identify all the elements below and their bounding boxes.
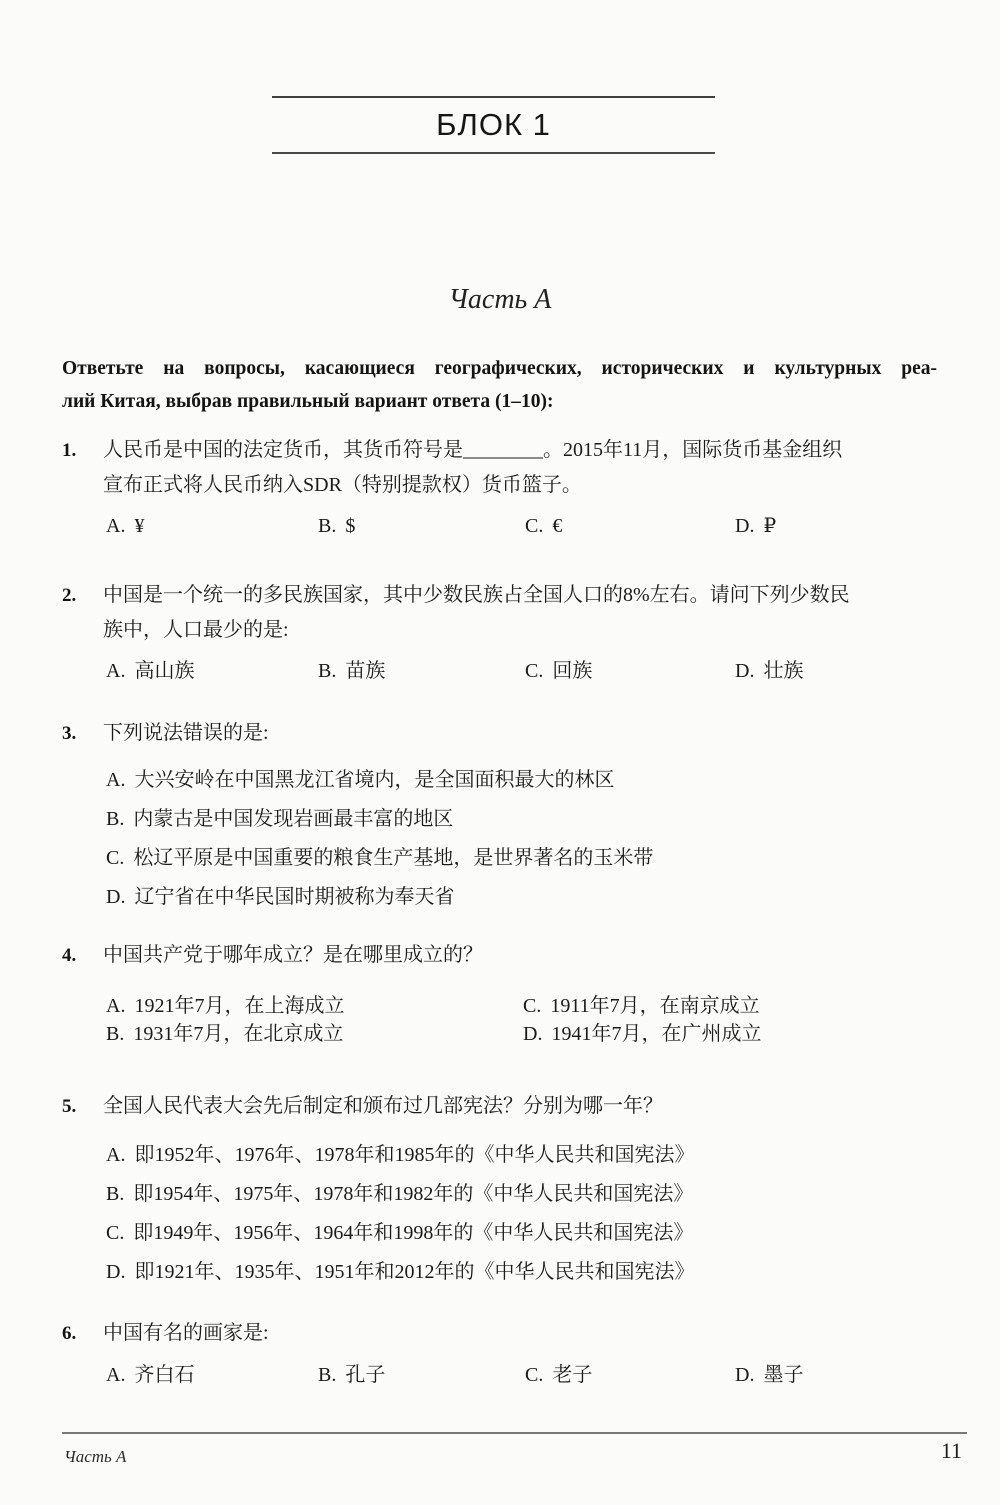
- option-a: A.高山族: [106, 656, 194, 686]
- options-row: A.¥ B.$ C.€ D.₽: [103, 511, 942, 545]
- question-text: 族中，人口最少的是:: [103, 613, 942, 648]
- section-title: Часть А: [0, 284, 1000, 316]
- options-row: A.高山族 B.苗族 C.回族 D.壮族: [103, 656, 942, 690]
- option-a: A.¥: [106, 511, 144, 541]
- question-1: 1. 人民币是中国的法定货币，其货币符号是________。2015年11月，国…: [62, 433, 942, 545]
- question-3: 3. 下列说法错误的是: A.大兴安岭在中国黑龙江省境内，是全国面积最大的林区 …: [62, 716, 942, 917]
- options-grid: A.1921年7月，在上海成立 B.1931年7月，在北京成立 C.1911年7…: [106, 992, 942, 1048]
- question-6: 6. 中国有名的画家是: A.齐白石 B.孔子 C.老子 D.墨子: [62, 1316, 942, 1394]
- options-row: A.齐白石 B.孔子 C.老子 D.墨子: [103, 1360, 942, 1394]
- question-2: 2. 中国是一个统一的多民族国家，其中少数民族占全国人口的8%左右。请问下列少数…: [62, 578, 942, 690]
- question-text: 全国人民代表大会先后制定和颁布过几部宪法？分别为哪一年？: [103, 1089, 942, 1124]
- block-header: БЛОК 1: [272, 96, 715, 154]
- option-b: B.$: [318, 511, 355, 541]
- question-4: 4. 中国共产党于哪年成立？是在哪里成立的？ A.1921年7月，在上海成立 B…: [62, 938, 942, 1048]
- instructions: Ответьте на вопросы, касающиеся географи…: [62, 352, 937, 418]
- option-a: A.齐白石: [106, 1360, 194, 1390]
- question-text: 中国共产党于哪年成立？是在哪里成立的？: [103, 938, 942, 973]
- option-c: C.€: [525, 511, 562, 541]
- option-c: C.1911年7月，在南京成立: [523, 992, 761, 1020]
- question-number: 4.: [62, 938, 76, 973]
- footer-section-label: Часть А: [64, 1447, 126, 1467]
- option-b: B.内蒙古是中国发现岩画最丰富的地区: [106, 800, 942, 839]
- option-c: C.即1949年、1956年、1964年和1998年的《中华人民共和国宪法》: [106, 1214, 942, 1253]
- footer-rule: [62, 1432, 967, 1434]
- question-text: 中国有名的画家是:: [103, 1316, 942, 1351]
- option-a: A.大兴安岭在中国黑龙江省境内，是全国面积最大的林区: [106, 761, 942, 800]
- option-a: A.即1952年、1976年、1978年和1985年的《中华人民共和国宪法》: [106, 1136, 942, 1175]
- instructions-line: Ответьте на вопросы, касающиеся географи…: [62, 352, 937, 385]
- option-d: D.₽: [735, 511, 776, 541]
- question-text: 中国是一个统一的多民族国家，其中少数民族占全国人口的8%左右。请问下列少数民: [103, 578, 942, 613]
- question-text: 下列说法错误的是:: [103, 716, 942, 751]
- option-c: C.松辽平原是中国重要的粮食生产基地，是世界著名的玉米带: [106, 839, 942, 878]
- option-c: C.老子: [525, 1360, 592, 1390]
- question-number: 2.: [62, 578, 76, 613]
- page-number: 11: [941, 1438, 962, 1464]
- option-d: D.即1921年、1935年、1951年和2012年的《中华人民共和国宪法》: [106, 1253, 942, 1292]
- question-text: 人民币是中国的法定货币，其货币符号是________。2015年11月，国际货币…: [103, 433, 942, 468]
- option-d: D.壮族: [735, 656, 803, 686]
- option-d: D.辽宁省在中华民国时期被称为奉天省: [106, 878, 942, 917]
- options-list: A.大兴安岭在中国黑龙江省境内，是全国面积最大的林区 B.内蒙古是中国发现岩画最…: [106, 761, 942, 917]
- question-number: 5.: [62, 1089, 76, 1124]
- question-5: 5. 全国人民代表大会先后制定和颁布过几部宪法？分别为哪一年？ A.即1952年…: [62, 1089, 942, 1292]
- option-c: C.回族: [525, 656, 592, 686]
- options-column-right: C.1911年7月，在南京成立 D.1941年7月，在广州成立: [523, 992, 761, 1048]
- question-number: 6.: [62, 1316, 76, 1351]
- option-b: B.即1954年、1975年、1978年和1982年的《中华人民共和国宪法》: [106, 1175, 942, 1214]
- option-d: D.1941年7月，在广州成立: [523, 1020, 761, 1048]
- option-b: B.孔子: [318, 1360, 385, 1390]
- instructions-line: лий Китая, выбрав правильный вариант отв…: [62, 385, 937, 418]
- option-b: B.苗族: [318, 656, 385, 686]
- option-d: D.墨子: [735, 1360, 803, 1390]
- question-number: 1.: [62, 433, 76, 468]
- question-text: 宣布正式将人民币纳入SDR（特别提款权）货币篮子。: [103, 468, 942, 503]
- block-title: БЛОК 1: [272, 98, 715, 152]
- question-number: 3.: [62, 716, 76, 751]
- scanned-exam-page: БЛОК 1 Часть А Ответьте на вопросы, каса…: [0, 0, 1000, 1505]
- options-list: A.即1952年、1976年、1978年和1985年的《中华人民共和国宪法》 B…: [106, 1136, 942, 1292]
